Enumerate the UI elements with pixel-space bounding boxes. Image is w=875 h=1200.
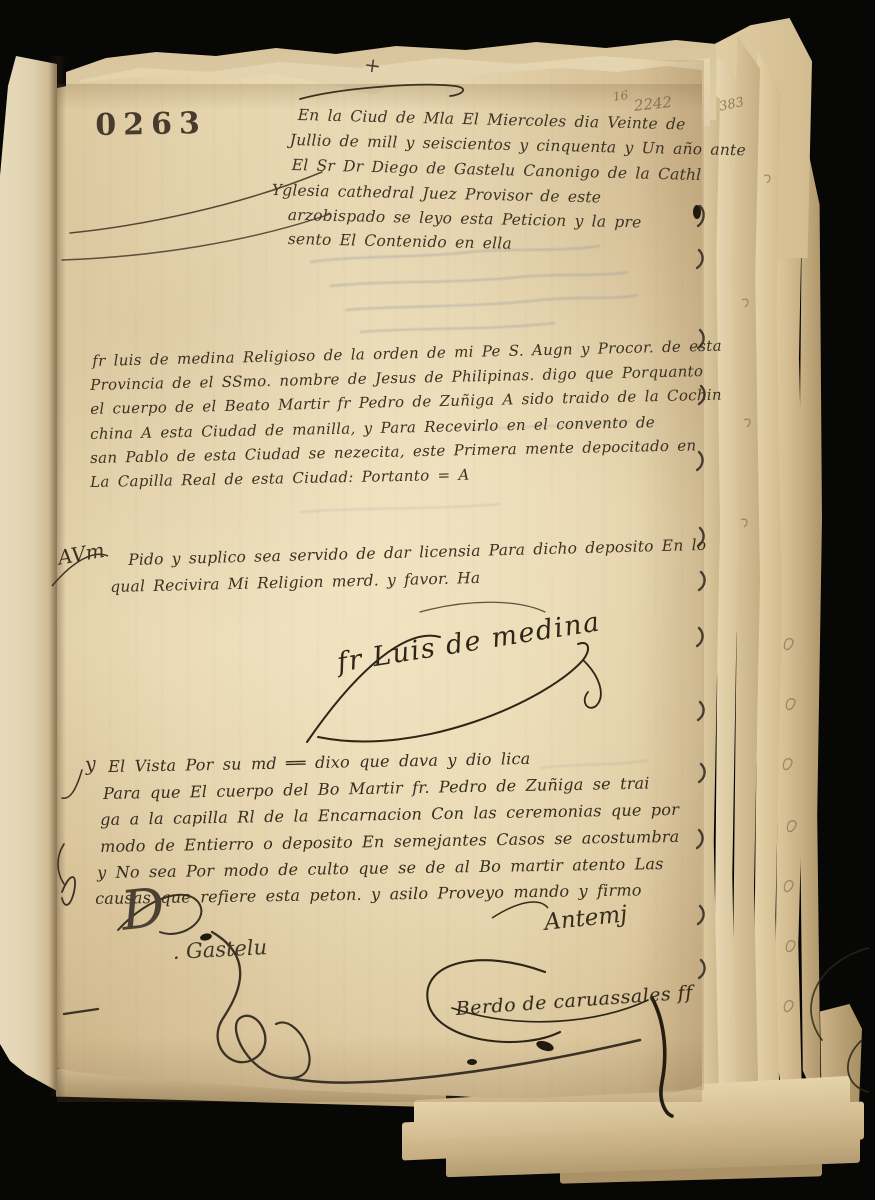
gastelu-signature-initial: D	[118, 875, 168, 942]
pencil-number-small: 16	[612, 88, 629, 104]
facing-page-edge	[0, 56, 57, 1091]
cross-mark: +	[363, 52, 383, 78]
gastelu-signature-name: . Gastelu	[172, 935, 268, 964]
archival-photograph: 0263 + 16 2242 383 En la Ciud de Mla El …	[0, 0, 875, 1200]
folio-number: 0263	[95, 106, 207, 143]
decree-margin-mark: y	[84, 753, 97, 776]
